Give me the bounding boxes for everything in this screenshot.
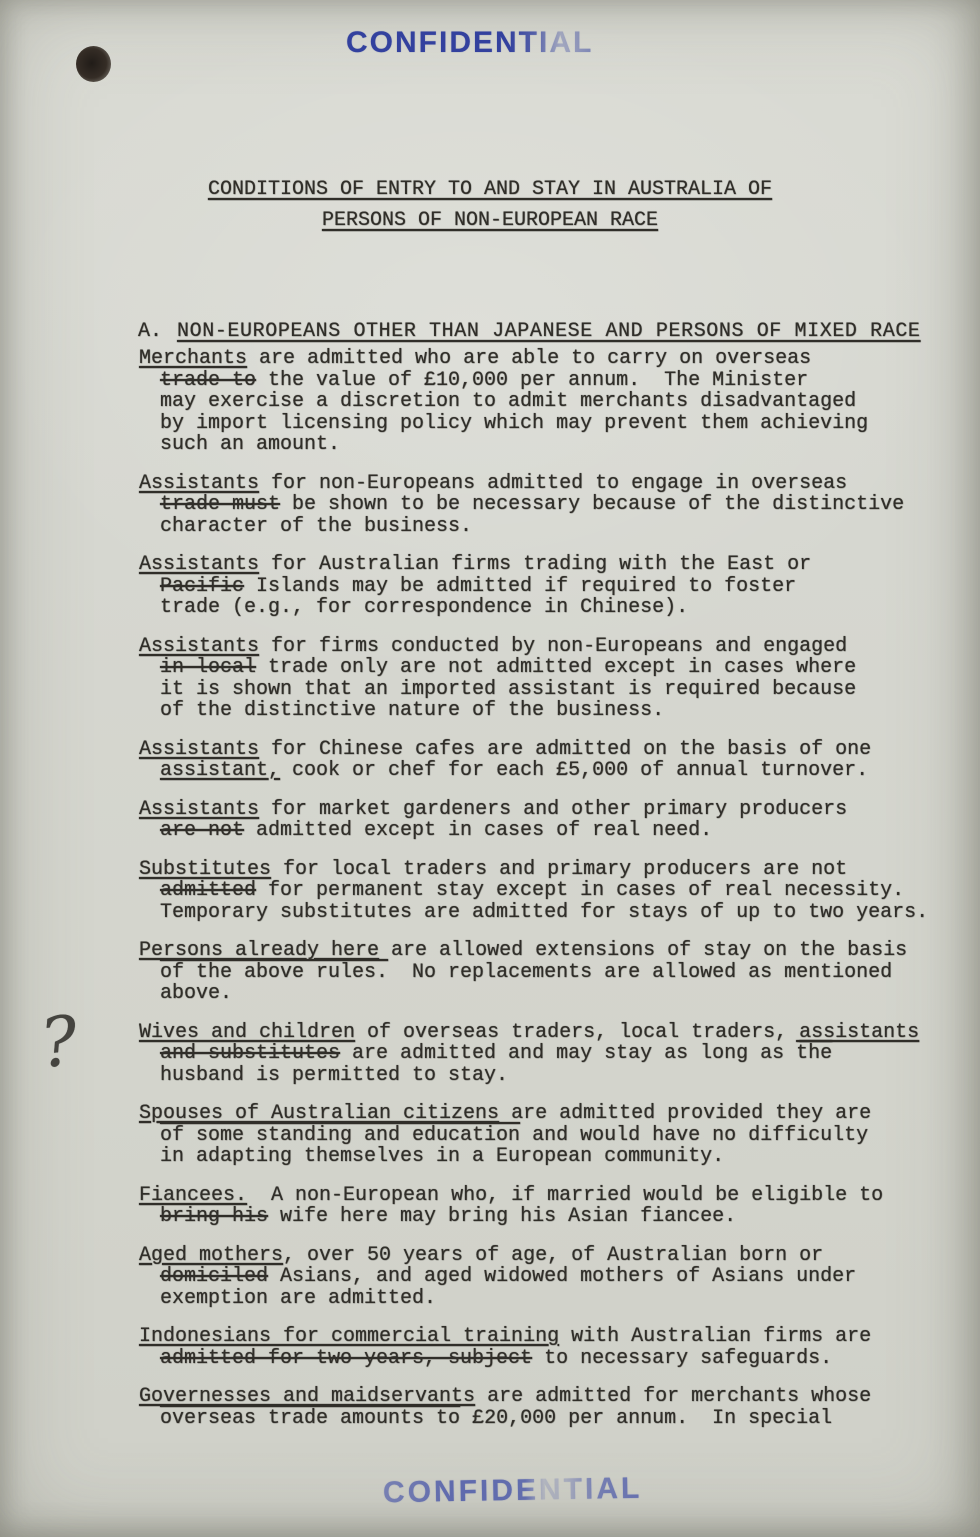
text-line: Assistants for market gardeners and othe… [139, 799, 962, 821]
hole-punch [76, 46, 111, 82]
confidential-stamp-top: CONFIDENTIAL [346, 26, 593, 60]
text-line: in adapting themselves in a European com… [139, 1146, 962, 1168]
underlined-text: Spouses of Australian citizens [139, 1102, 499, 1125]
struck-text: domiciled [160, 1265, 268, 1288]
paragraph: Persons already here are allowed extensi… [139, 940, 962, 1005]
text-line: admitted for permanent stay except in ca… [139, 880, 962, 902]
paragraph: Fiancees. A non-European who, if married… [139, 1185, 962, 1228]
text-segment: A non-European who, if married would be … [247, 1184, 883, 1207]
overlined-text: of some standing and education [160, 1124, 520, 1147]
paragraph: Indonesians for commercial training with… [139, 1326, 962, 1369]
text-line: such an amount. [139, 434, 962, 456]
text-line: Merchants are admitted who are able to c… [139, 348, 962, 370]
underlined-text: Assistants [139, 553, 259, 576]
paragraph: Assistants for market gardeners and othe… [139, 799, 962, 842]
text-segment: cook or chef for each £5,000 of annual t… [280, 759, 868, 782]
struck-text: in local [160, 656, 256, 679]
text-line: domiciled Asians, and aged widowed mothe… [139, 1266, 962, 1288]
text-segment: for Chinese cafes are admitted on the ba… [259, 738, 871, 761]
underlined-text: Assistants [139, 798, 259, 821]
text-segment: admitted except in cases of real need. [244, 819, 712, 842]
text-line: Temporary substitutes are admitted for s… [139, 902, 962, 924]
title-line-2-text: PERSONS OF NON-EUROPEAN RACE [322, 209, 658, 232]
text-segment: , over 50 years of age, of Australian bo… [283, 1244, 823, 1267]
text-line: overseas trade amounts to £20,000 per an… [139, 1408, 962, 1430]
underlined-text: Aged mothers [139, 1244, 283, 1267]
overlined-text: the [796, 1042, 832, 1065]
underlined-text: Assistants [139, 738, 259, 761]
text-segment: for permanent stay except in cases of re… [256, 879, 904, 902]
text-line: Assistants for Australian firms trading … [139, 554, 962, 576]
underlined-text: Indonesians for commercial training [139, 1325, 559, 1348]
text-line: assistant, cook or chef for each £5,000 … [139, 760, 962, 782]
text-line: of the distinctive nature of the busines… [139, 700, 962, 722]
text-segment: may exercise a discretion to admit merch… [160, 390, 856, 413]
text-segment: be shown to be necessary because of the … [280, 493, 904, 516]
text-segment: above. [160, 982, 232, 1005]
overlined-text: overseas trade amounts to [160, 1407, 460, 1430]
text-line: by import licensing policy which may pre… [139, 413, 962, 435]
text-line: Assistants for firms conducted by non-Eu… [139, 636, 962, 658]
text-line: trade must be shown to be necessary beca… [139, 494, 962, 516]
underlined-text: Wives and children [139, 1021, 355, 1044]
text-line: Wives and children of overseas traders, … [139, 1022, 962, 1044]
struck-text: trade to [160, 369, 256, 392]
text-segment: for local traders and primary producers … [271, 858, 847, 881]
text-segment: wife here may bring his Asian fiancee. [268, 1205, 736, 1228]
scanned-document-page: CONFIDENTIAL CONDITIONS OF ENTRY TO AND … [0, 0, 980, 1537]
text-segment: Islands may be admitted if required to f… [244, 575, 796, 598]
underlined-text: Fiancees. [139, 1184, 247, 1207]
title-line-2: PERSONS OF NON-EUROPEAN RACE [0, 205, 980, 236]
text-line: Persons already here are allowed extensi… [139, 940, 962, 962]
text-line: Substitutes for local traders and primar… [139, 859, 962, 881]
text-line: bring his wife here may bring his Asian … [139, 1206, 962, 1228]
text-line: trade to the value of £10,000 per annum.… [139, 370, 962, 392]
paragraph: Spouses of Australian citizens are admit… [139, 1103, 962, 1168]
text-segment: for firms conducted by non-Europeans and… [259, 635, 847, 658]
text-line: husband is permitted to stay. [139, 1065, 962, 1087]
text-line: Assistants for Chinese cafes are admitte… [139, 739, 962, 761]
text-line: it is shown that an imported assistant i… [139, 679, 962, 701]
overlined-text: of the above rules. [160, 961, 388, 984]
paragraph-list: Merchants are admitted who are able to c… [139, 348, 962, 1446]
text-segment: such an amount. [160, 433, 340, 456]
paragraph: Assistants for Chinese cafes are admitte… [139, 739, 962, 782]
text-segment: the value of £10,000 per annum. The Mini… [256, 369, 808, 392]
underlined-text: Assistants [139, 472, 259, 495]
text-segment: by import licensing policy which may pre… [160, 412, 868, 435]
text-segment: and would have no difficulty [520, 1124, 868, 1147]
text-line: and substitutes are admitted and may sta… [139, 1043, 962, 1065]
text-segment: are admitted for merchants whose [475, 1385, 871, 1408]
section-heading: NON-EUROPEANS OTHER THAN JAPANESE AND PE… [177, 320, 921, 343]
text-segment: are admitted provided they are [499, 1102, 871, 1125]
text-line: Fiancees. A non-European who, if married… [139, 1185, 962, 1207]
struck-text: and substitutes [160, 1042, 340, 1065]
text-segment: husband is permitted to stay. [160, 1064, 508, 1087]
paragraph: Merchants are admitted who are able to c… [139, 348, 962, 456]
title-line-1: CONDITIONS OF ENTRY TO AND STAY IN AUSTR… [0, 174, 980, 205]
text-segment: of overseas traders, local traders, [355, 1021, 799, 1044]
text-segment: Asians, and aged widowed mothers of Asia… [268, 1265, 856, 1288]
text-segment: to necessary safeguards. [532, 1347, 832, 1370]
text-line: Governesses and maidservants are admitte… [139, 1386, 962, 1408]
text-line: Assistants for non-Europeans admitted to… [139, 473, 962, 495]
text-line: exemption are admitted. [139, 1288, 962, 1310]
handwritten-question-mark: ? [37, 999, 107, 1105]
text-line: Spouses of Australian citizens are admit… [139, 1103, 962, 1125]
text-segment: £20,000 per annum. In special [460, 1407, 832, 1430]
text-line: Indonesians for commercial training with… [139, 1326, 962, 1348]
text-line: admitted for two years, subject to neces… [139, 1348, 962, 1370]
text-segment: are admitted and may stay as long as [340, 1042, 796, 1065]
struck-text: admitted [160, 879, 256, 902]
text-segment: for Australian firms trading with the Ea… [259, 553, 811, 576]
section-label: A. [138, 320, 177, 343]
text-segment: with Australian firms are [559, 1325, 871, 1348]
text-line: character of the business. [139, 516, 962, 538]
text-line: in local trade only are not admitted exc… [139, 657, 962, 679]
text-line: Pacific Islands may be admitted if requi… [139, 576, 962, 598]
text-segment: of the distinctive nature of the busines… [160, 699, 664, 722]
paragraph: Substitutes for local traders and primar… [139, 859, 962, 924]
text-segment: Temporary substitutes are admitted for s… [160, 901, 928, 924]
struck-text: admitted for two years, subject [160, 1347, 532, 1370]
text-line: above. [139, 983, 962, 1005]
title-line-1-text: CONDITIONS OF ENTRY TO AND STAY IN AUSTR… [208, 178, 772, 201]
underlined-text: assistants [799, 1021, 919, 1044]
text-segment: character of the business. [160, 515, 472, 538]
text-line: of some standing and education and would… [139, 1125, 962, 1147]
text-segment: in adapting themselves in a European com… [160, 1145, 724, 1168]
text-segment: for non-Europeans admitted to engage in … [259, 472, 847, 495]
struck-text: are not [160, 819, 244, 842]
text-segment: are admitted who are able to carry on ov… [247, 347, 811, 370]
underlined-text: Persons already here [139, 939, 379, 962]
text-line: trade (e.g., for correspondence in Chine… [139, 597, 962, 619]
paragraph: Wives and children of overseas traders, … [139, 1022, 962, 1087]
text-line: are not admitted except in cases of real… [139, 820, 962, 842]
text-segment: it is shown that an imported assistant i… [160, 678, 856, 701]
paragraph: Aged mothers, over 50 years of age, of A… [139, 1245, 962, 1310]
underlined-text: Governesses and maidservants [139, 1385, 475, 1408]
underlined-text: Assistants [139, 635, 259, 658]
text-segment: for market gardeners and other primary p… [259, 798, 847, 821]
text-segment: No replacements are allowed as mentioned [388, 961, 892, 984]
struck-text: bring his [160, 1205, 268, 1228]
paragraph: Governesses and maidservants are admitte… [139, 1386, 962, 1429]
struck-text: trade must [160, 493, 280, 516]
text-line: of the above rules. No replacements are … [139, 962, 962, 984]
paragraph: Assistants for firms conducted by non-Eu… [139, 636, 962, 722]
underlined-text: Substitutes [139, 858, 271, 881]
document-title: CONDITIONS OF ENTRY TO AND STAY IN AUSTR… [0, 174, 980, 236]
text-line: Aged mothers, over 50 years of age, of A… [139, 1245, 962, 1267]
confidential-stamp-bottom: CONFIDENTIAL [383, 1472, 643, 1511]
struck-text: Pacific [160, 575, 244, 598]
text-segment: exemption are admitted. [160, 1287, 436, 1310]
text-segment: are allowed extensions of stay on the ba… [379, 939, 907, 962]
paragraph: Assistants for non-Europeans admitted to… [139, 473, 962, 538]
text-line: may exercise a discretion to admit merch… [139, 391, 962, 413]
underlined-text: Merchants [139, 347, 247, 370]
text-segment: trade only are not admitted except in ca… [256, 656, 856, 679]
underlined-text: assistant, [160, 759, 280, 782]
text-segment: trade (e.g., for correspondence in Chine… [160, 596, 688, 619]
paragraph: Assistants for Australian firms trading … [139, 554, 962, 619]
